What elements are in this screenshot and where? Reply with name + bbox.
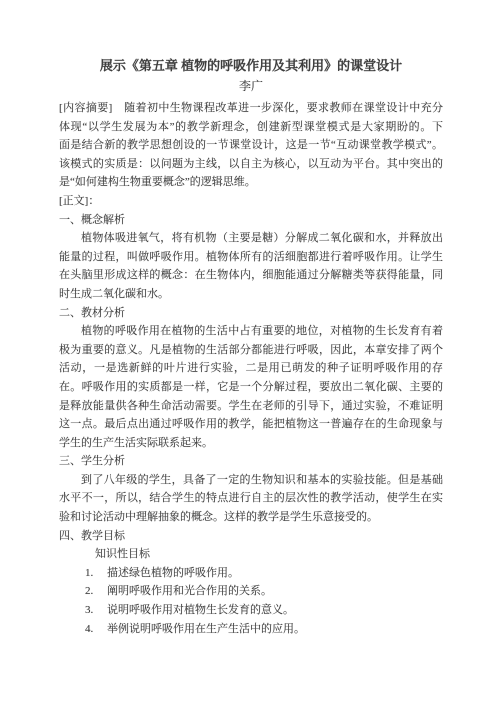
section-subheading: 知识性目标 [95,545,443,564]
objective-text: 阐明呼吸作用和光合作用的关系。 [107,582,272,601]
section-heading: 二、教材分析 [59,304,443,323]
paragraph-line: 这一点。最后点出通过呼吸作用的教学，能把植物这一普遍存在的生命现象与 [59,415,443,434]
section-material-analysis: 二、教材分析 植物的呼吸作用在植物的生活中占有重要的地位，对植物的生长发育有着 … [59,304,443,453]
document-author: 李广 [59,76,443,97]
paragraph-line: 极为重要的意义。凡是植物的生活部分都能进行呼吸，因此，本章安排了两个 [59,341,443,360]
paragraph-line: 在头脑里形成这样的概念：在生物体内，细胞能通过分解糖类等获得能量，同 [59,266,443,285]
section-teaching-goals: 四、教学目标 知识性目标 1. 描述绿色植物的呼吸作用。 2. 阐明呼吸作用和光… [59,527,443,639]
section-heading: 三、学生分析 [59,452,443,471]
abstract-paragraph: [内容摘要] 随着初中生物课程改革进一步深化，要求教师在课堂设计中充分 体现“以… [59,99,443,192]
section-heading: 四、教学目标 [59,527,443,546]
section-student-analysis: 三、学生分析 到了八年级的学生，具备了一定的生物知识和基本的实验技能。但是基础 … [59,452,443,526]
abstract-line: 面是结合新的教学思想创设的一节课堂设计，这是一节“互动课堂教学模式”。 [59,136,443,155]
paragraph-line: 植物的呼吸作用在植物的生活中占有重要的地位，对植物的生长发育有着 [59,322,443,341]
objective-text: 描述绿色植物的呼吸作用。 [107,564,239,583]
section-heading: 一、概念解析 [59,211,443,230]
paragraph-line: 活动，一是选新鲜的叶片进行实验，二是用已萌发的种子证明呼吸作用的存 [59,359,443,378]
objective-number: 3. [85,601,107,620]
paragraph-line: 水平不一，所以，结合学生的特点进行自主的层次性的教学活动，使学生在实 [59,489,443,508]
objective-number: 1. [85,564,107,583]
objective-item: 4. 举例说明呼吸作用在生产生活中的应用。 [85,620,443,639]
paragraph-line: 植物体吸进氧气，将有机物（主要是糖）分解成二氧化碳和水，并释放出 [59,229,443,248]
document-page: 展示《第五章 植物的呼吸作用及其利用》的课堂设计 李广 [内容摘要] 随着初中生… [0,0,500,707]
objective-number: 2. [85,582,107,601]
objective-item: 1. 描述绿色植物的呼吸作用。 [85,564,443,583]
objective-item: 3. 说明呼吸作用对植物生长发育的意义。 [85,601,443,620]
paragraph-line: 到了八年级的学生，具备了一定的生物知识和基本的实验技能。但是基础 [59,471,443,490]
abstract-line: [内容摘要] 随着初中生物课程改革进一步深化，要求教师在课堂设计中充分 [59,99,443,118]
body-marker: [正文]： [59,192,443,211]
objective-text: 举例说明呼吸作用在生产生活中的应用。 [107,620,305,639]
abstract-line: 该模式的实质是：以问题为主线，以自主为核心，以互动为平台。其中突出的 [59,155,443,174]
objective-item: 2. 阐明呼吸作用和光合作用的关系。 [85,582,443,601]
paragraph-line: 验和讨论活动中理解抽象的概念。这样的教学是学生乐意接受的。 [59,508,443,527]
document-content: 展示《第五章 植物的呼吸作用及其利用》的课堂设计 李广 [内容摘要] 随着初中生… [59,0,443,638]
abstract-line: 是“如何建构生物重要概念”的逻辑思维。 [59,173,443,192]
paragraph-line: 时生成二氧化碳和水。 [59,285,443,304]
document-title: 展示《第五章 植物的呼吸作用及其利用》的课堂设计 [59,56,443,76]
objective-number: 4. [85,620,107,639]
paragraph-line: 能量的过程，叫做呼吸作用。植物体所有的活细胞都进行着呼吸作用。让学生 [59,248,443,267]
section-concept-analysis: 一、概念解析 植物体吸进氧气，将有机物（主要是糖）分解成二氧化碳和水，并释放出 … [59,211,443,304]
paragraph-line: 是释放能量供各种生命活动需要。学生在老师的引导下，通过实验，不难证明 [59,397,443,416]
objective-text: 说明呼吸作用对植物生长发育的意义。 [107,601,294,620]
paragraph-line: 在。呼吸作用的实质都是一样，它是一个分解过程，要放出二氧化碳、主要的 [59,378,443,397]
paragraph-line: 学生的生产生活实际联系起来。 [59,434,443,453]
abstract-line: 体现“以学生发展为本”的教学新理念，创建新型课堂模式是大家期盼的。下 [59,118,443,137]
